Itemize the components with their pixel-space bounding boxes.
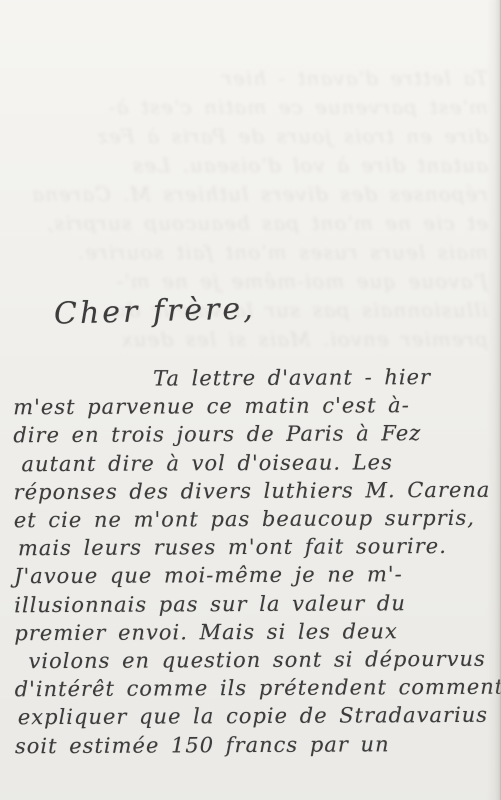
letter-line: m'est parvenue ce matin c'est à- [13, 391, 487, 422]
letter-line: d'intérêt comme ils prétendent comment [15, 673, 489, 704]
letter-body: Ta lettre d'avant - hierm'est parvenue c… [13, 363, 489, 760]
letter-line: premier envoi. Mais si les deux [14, 617, 488, 648]
bleed-through-line: et cie ne m'ont pas beaucoup surpris, [10, 209, 488, 238]
letter-line: autant dire à vol d'oiseau. Les [13, 447, 487, 478]
bleed-through-line: violons en question sont si dépourvus [10, 354, 488, 356]
bleed-through-line: dire en trois jours de Paris à Fez [10, 122, 488, 151]
bleed-through-line: mais leurs ruses m'ont fait sourire. [10, 238, 488, 267]
letter-line: dire en trois jours de Paris à Fez [13, 419, 487, 450]
letter-line: J'avoue que moi-même je ne m'- [14, 560, 488, 591]
letter-line: soit estimée 150 francs par un [15, 729, 489, 760]
letter-line: mais leurs ruses m'ont fait sourire. [14, 532, 488, 563]
bleed-through-line: Ta lettre d'avant - hier [10, 64, 488, 93]
letter-line: violons en question sont si dépourvus [14, 645, 488, 676]
letter-page: Ta lettre d'avant - hierm'est parvenue c… [0, 0, 501, 800]
letter-line: Ta lettre d'avant - hier [13, 363, 487, 394]
letter-line: réponses des divers luthiers M. Carena [14, 476, 488, 507]
letter-line: illusionnais pas sur la valeur du [14, 588, 488, 619]
bleed-through-line: réponses des divers luthiers M. Carena [10, 180, 488, 209]
letter-line: et cie ne m'ont pas beaucoup surpris, [14, 504, 488, 535]
letter-line: expliquer que la copie de Stradavarius [15, 701, 489, 732]
bleed-through-line: m'est parvenue ce matin c'est à- [10, 93, 488, 122]
salutation: Cher frère, [54, 291, 257, 331]
bleed-through-line: autant dire à vol d'oiseau. Les [10, 151, 488, 180]
